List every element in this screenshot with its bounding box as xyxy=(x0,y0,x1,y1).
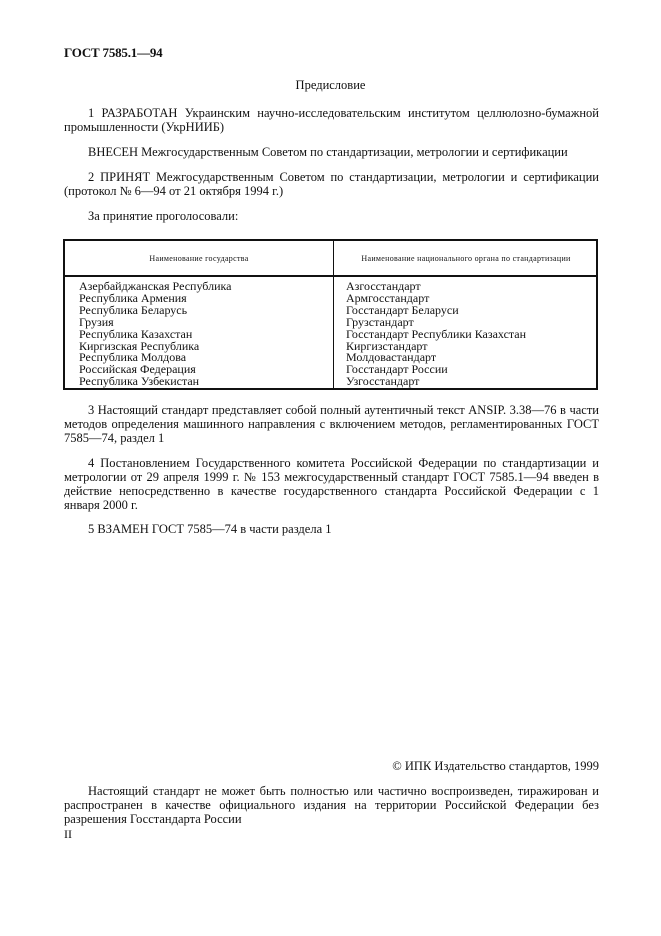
paragraph-voted: За принятие проголосовали: xyxy=(64,209,599,223)
paragraph-3-text: 3 Настоящий стандарт представляет собой … xyxy=(64,403,599,445)
table-cell-state: Республика Узбекистан xyxy=(79,376,231,388)
paragraph-5-lead: 5 ВЗАМЕН xyxy=(88,522,149,536)
header-standards-body: Наименование национального органа по ста… xyxy=(334,241,598,275)
paragraph-3: 3 Настоящий стандарт представляет собой … xyxy=(64,403,599,445)
page-number: II xyxy=(64,827,72,842)
header-state: Наименование государства xyxy=(65,241,333,275)
document-id: ГОСТ 7585.1—94 xyxy=(64,45,162,61)
voting-table: Наименование государства Наименование на… xyxy=(63,239,598,390)
paragraph-5: 5 ВЗАМЕН ГОСТ 7585—74 в части раздела 1 xyxy=(64,522,599,536)
reproduction-notice-text: Настоящий стандарт не может быть полност… xyxy=(64,784,599,826)
paragraph-introduced-text: Межгосударственным Советом по стандартиз… xyxy=(138,145,568,159)
column-standards-bodies: Азгосстандарт Армгосстандарт Госстандарт… xyxy=(346,281,526,388)
paragraph-introduced-lead: ВНЕСЕН xyxy=(88,145,138,159)
paragraph-1-lead: 1 РАЗРАБОТАН xyxy=(88,106,177,120)
table-cell-body: Узгосстандарт xyxy=(346,376,526,388)
reproduction-notice: Настоящий стандарт не может быть полност… xyxy=(64,784,599,826)
paragraph-voted-text: За принятие проголосовали: xyxy=(88,209,238,223)
paragraph-1: 1 РАЗРАБОТАН Украинским научно-исследова… xyxy=(64,106,599,134)
paragraph-4: 4 Постановлением Государственного комите… xyxy=(64,456,599,512)
column-states: Азербайджанская Республика Республика Ар… xyxy=(79,281,231,388)
paragraph-2-lead: 2 ПРИНЯТ xyxy=(88,170,150,184)
paragraph-2: 2 ПРИНЯТ Межгосударственным Советом по с… xyxy=(64,170,599,198)
paragraph-4-text: 4 Постановлением Государственного комите… xyxy=(64,456,599,512)
section-title: Предисловие xyxy=(0,78,661,93)
paragraph-5-text: ГОСТ 7585—74 в части раздела 1 xyxy=(149,522,332,536)
copyright: © ИПК Издательство стандартов, 1999 xyxy=(392,759,599,774)
paragraph-introduced: ВНЕСЕН Межгосударственным Советом по ста… xyxy=(64,145,599,159)
